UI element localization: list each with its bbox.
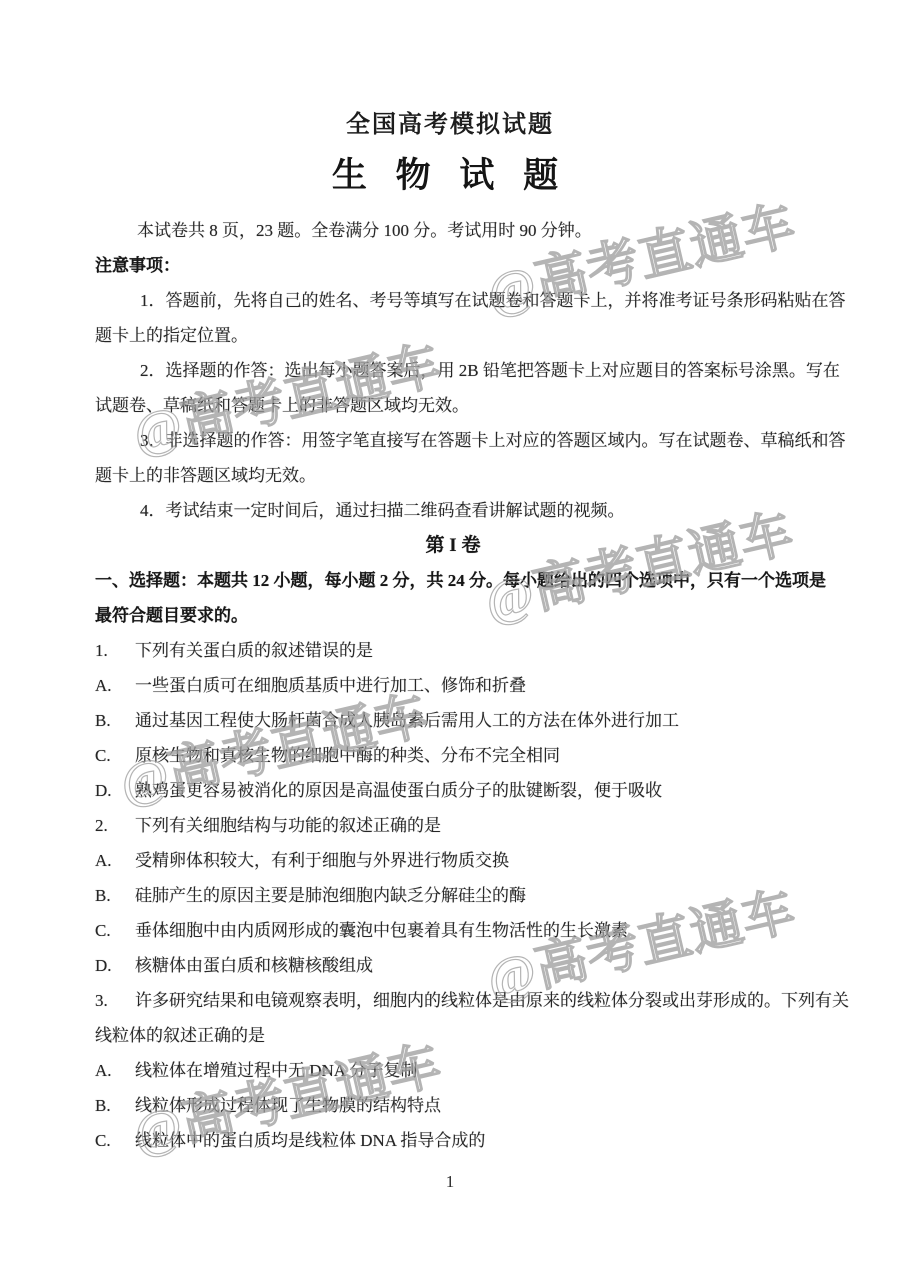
question-1-stem: 1.下列有关蛋白质的叙述错误的是 (95, 633, 811, 668)
option-label: B. (95, 878, 135, 913)
notice-item-1-line-1: 1．答题前，先将自己的姓名、考号等填写在试题卷和答题卡上，并将准考证号条形码粘贴… (95, 283, 811, 318)
question-2-option-c: C.垂体细胞中由内质网形成的囊泡中包裹着具有生物活性的生长激素 (95, 913, 811, 948)
notice-item-1-line-2: 题卡上的指定位置。 (95, 318, 811, 353)
option-text: 核糖体由蛋白质和核糖核酸组成 (135, 956, 373, 975)
section-instruction-line-1: 一、选择题：本题共 12 小题，每小题 2 分，共 24 分。每小题给出的四个选… (95, 563, 811, 598)
notice-item-2-line-1: 2．选择题的作答：选出每小题答案后，用 2B 铅笔把答题卡上对应题目的答案标号涂… (95, 353, 811, 388)
exam-series-title: 全国高考模拟试题 (0, 104, 900, 139)
option-text: 线粒体在增殖过程中无 DNA 分子复制 (135, 1061, 417, 1080)
question-3-stem-line-1: 3.许多研究结果和电镜观察表明，细胞内的线粒体是由原来的线粒体分裂或出芽形成的。… (95, 983, 811, 1018)
section-title: 第 I 卷 (95, 528, 811, 563)
question-1-option-c: C.原核生物和真核生物的细胞中酶的种类、分布不完全相同 (95, 738, 811, 773)
option-text: 垂体细胞中由内质网形成的囊泡中包裹着具有生物活性的生长激素 (135, 921, 628, 940)
option-label: D. (95, 948, 135, 983)
question-1-option-d: D.熟鸡蛋更容易被消化的原因是高温使蛋白质分子的肽键断裂，便于吸收 (95, 773, 811, 808)
option-text: 原核生物和真核生物的细胞中酶的种类、分布不完全相同 (135, 746, 560, 765)
question-2-option-d: D.核糖体由蛋白质和核糖核酸组成 (95, 948, 811, 983)
question-2-option-a: A.受精卵体积较大，有利于细胞与外界进行物质交换 (95, 843, 811, 878)
option-text: 硅肺产生的原因主要是肺泡细胞内缺乏分解硅尘的酶 (135, 886, 526, 905)
question-1-number: 1. (95, 633, 135, 668)
option-label: C. (95, 913, 135, 948)
option-text: 一些蛋白质可在细胞质基质中进行加工、修饰和折叠 (135, 676, 526, 695)
question-3-number: 3. (95, 983, 135, 1018)
question-2-stem-text: 下列有关细胞结构与功能的叙述正确的是 (135, 816, 441, 835)
question-3-stem-text: 许多研究结果和电镜观察表明，细胞内的线粒体是由原来的线粒体分裂或出芽形成的。下列… (135, 991, 849, 1010)
option-label: D. (95, 773, 135, 808)
option-text: 线粒体中的蛋白质均是线粒体 DNA 指导合成的 (135, 1131, 485, 1150)
notice-item-3-line-2: 题卡上的非答题区域均无效。 (95, 458, 811, 493)
option-label: B. (95, 703, 135, 738)
section-instruction-line-2: 最符合题目要求的。 (95, 598, 811, 633)
option-text: 通过基因工程使大肠杆菌合成人胰岛素后需用人工的方法在体外进行加工 (135, 711, 679, 730)
question-1-option-a: A.一些蛋白质可在细胞质基质中进行加工、修饰和折叠 (95, 668, 811, 703)
question-3-option-c: C.线粒体中的蛋白质均是线粒体 DNA 指导合成的 (95, 1123, 811, 1158)
option-text: 受精卵体积较大，有利于细胞与外界进行物质交换 (135, 851, 509, 870)
paper-info: 本试卷共 8 页，23 题。全卷满分 100 分。考试用时 90 分钟。 (95, 213, 811, 248)
question-3-option-b: B.线粒体形成过程体现了生物膜的结构特点 (95, 1088, 811, 1123)
option-label: C. (95, 738, 135, 773)
page-number: 1 (0, 1172, 900, 1192)
notice-item-3-line-1: 3．非选择题的作答：用签字笔直接写在答题卡上对应的答题区域内。写在试题卷、草稿纸… (95, 423, 811, 458)
notice-item-2-line-2: 试题卷、草稿纸和答题卡上的非答题区域均无效。 (95, 388, 811, 423)
question-2-stem: 2.下列有关细胞结构与功能的叙述正确的是 (95, 808, 811, 843)
notice-item-4-line-1: 4．考试结束一定时间后，通过扫描二维码查看讲解试题的视频。 (95, 493, 811, 528)
option-text: 熟鸡蛋更容易被消化的原因是高温使蛋白质分子的肽键断裂，便于吸收 (135, 781, 662, 800)
option-label: A. (95, 668, 135, 703)
option-label: B. (95, 1088, 135, 1123)
question-2-option-b: B.硅肺产生的原因主要是肺泡细胞内缺乏分解硅尘的酶 (95, 878, 811, 913)
option-label: C. (95, 1123, 135, 1158)
document-body: 本试卷共 8 页，23 题。全卷满分 100 分。考试用时 90 分钟。 注意事… (95, 213, 811, 1158)
question-3-option-a: A.线粒体在增殖过程中无 DNA 分子复制 (95, 1053, 811, 1088)
question-1-option-b: B.通过基因工程使大肠杆菌合成人胰岛素后需用人工的方法在体外进行加工 (95, 703, 811, 738)
question-2-number: 2. (95, 808, 135, 843)
notice-heading: 注意事项： (95, 248, 811, 283)
option-text: 线粒体形成过程体现了生物膜的结构特点 (135, 1096, 441, 1115)
exam-paper-page: 全国高考模拟试题 生 物 试 题 本试卷共 8 页，23 题。全卷满分 100 … (0, 0, 900, 1272)
subject-title: 生 物 试 题 (0, 148, 900, 198)
option-label: A. (95, 1053, 135, 1088)
question-3-stem-line-2: 线粒体的叙述正确的是 (95, 1018, 811, 1053)
question-1-stem-text: 下列有关蛋白质的叙述错误的是 (135, 641, 373, 660)
option-label: A. (95, 843, 135, 878)
